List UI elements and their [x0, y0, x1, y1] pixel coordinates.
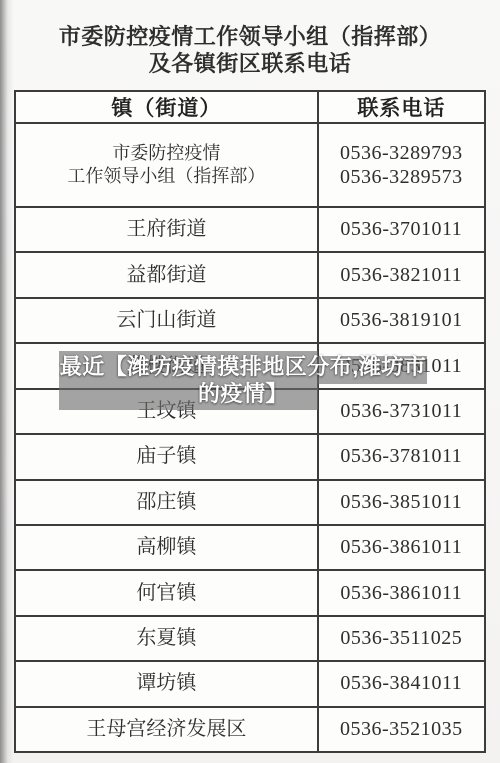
- phone-number: 0536-3781011: [319, 444, 484, 469]
- town-name: 邵庄镇: [16, 490, 317, 515]
- phone-cell: 0536-3851011: [318, 480, 485, 525]
- phone-number: 0536-3841011: [319, 671, 484, 696]
- phone-cell: 0536-3841011: [318, 661, 485, 706]
- table-row: 王府街道0536-3701011: [15, 207, 485, 252]
- town-cell: 东夏镇: [15, 616, 318, 661]
- table-row: 庙子镇0536-3781011: [15, 434, 485, 479]
- town-name: 王府街道: [16, 217, 317, 242]
- column-header-phone: 联系电话: [318, 91, 485, 123]
- phone-number: 0536-3521035: [319, 717, 484, 742]
- table-row: 东夏镇0536-3511025: [15, 616, 485, 661]
- phone-cell: 0536-3701011: [318, 207, 485, 252]
- phone-number: 0536-3701011: [319, 217, 484, 242]
- town-name: 谭坊镇: [16, 671, 317, 696]
- watermark-caption: 最近【潍坊疫情摸排地区分布,潍坊市 的疫情】: [59, 353, 427, 407]
- town-name: 高柳镇: [16, 535, 317, 560]
- phone-cell: 0536-3521035: [318, 707, 485, 752]
- table-row: 王母宫经济发展区0536-3521035: [15, 707, 485, 752]
- town-cell: 益都街道: [15, 252, 318, 297]
- table-row: 高柳镇0536-3861011: [15, 525, 485, 570]
- phone-number: 0536-3289573: [319, 165, 484, 189]
- phone-number: 0536-3861011: [319, 581, 484, 606]
- watermark-caption-line2: 的疫情】: [59, 380, 427, 407]
- table-row: 市委防控疫情工作领导小组（指挥部）0536-32897930536-328957…: [15, 123, 485, 207]
- table-row: 益都街道0536-3821011: [15, 252, 485, 297]
- table-row: 云门山街道0536-3819101: [15, 298, 485, 343]
- phone-cell: 0536-3861011: [318, 525, 485, 570]
- title-line1: 市委防控疫情工作领导小组（指挥部）: [0, 23, 500, 50]
- town-cell: 邵庄镇: [15, 480, 318, 525]
- phone-number: 0536-3511025: [319, 626, 484, 651]
- town-name: 东夏镇: [16, 626, 317, 651]
- phone-number: 0536-3851011: [319, 490, 484, 515]
- document-title: 市委防控疫情工作领导小组（指挥部） 及各镇街区联系电话: [0, 23, 500, 77]
- title-line2: 及各镇街区联系电话: [0, 50, 500, 77]
- town-name: 工作领导小组（指挥部）: [16, 165, 317, 188]
- phone-number: 0536-3289793: [319, 141, 484, 165]
- phone-cell: 0536-3511025: [318, 616, 485, 661]
- town-name: 益都街道: [16, 263, 317, 288]
- column-header-town: 镇（街道）: [15, 91, 318, 123]
- phone-number: 0536-3861011: [319, 535, 484, 560]
- watermark-caption-line1: 最近【潍坊疫情摸排地区分布,潍坊市: [59, 353, 427, 380]
- town-cell: 庙子镇: [15, 434, 318, 479]
- town-cell: 王府街道: [15, 207, 318, 252]
- town-cell: 王母宫经济发展区: [15, 707, 318, 752]
- phone-cell: 0536-3861011: [318, 570, 485, 615]
- table-row: 邵庄镇0536-3851011: [15, 480, 485, 525]
- town-cell: 何官镇: [15, 570, 318, 615]
- town-name: 何官镇: [16, 581, 317, 606]
- contact-table: 镇（街道） 联系电话 市委防控疫情工作领导小组（指挥部）0536-3289793…: [14, 90, 486, 753]
- town-name: 庙子镇: [16, 444, 317, 469]
- town-name: 云门山街道: [16, 308, 317, 333]
- town-name: 王母宫经济发展区: [16, 717, 317, 742]
- town-cell: 高柳镇: [15, 525, 318, 570]
- phone-number: 0536-3821011: [319, 263, 484, 288]
- phone-cell: 0536-32897930536-3289573: [318, 123, 485, 207]
- town-cell: 云门山街道: [15, 298, 318, 343]
- town-name: 市委防控疫情: [16, 142, 317, 165]
- document-photo: 市委防控疫情工作领导小组（指挥部） 及各镇街区联系电话 镇（街道） 联系电话 市…: [0, 0, 500, 763]
- phone-cell: 0536-3781011: [318, 434, 485, 479]
- phone-cell: 0536-3821011: [318, 252, 485, 297]
- table-header-row: 镇（街道） 联系电话: [15, 91, 485, 123]
- town-cell: 市委防控疫情工作领导小组（指挥部）: [15, 123, 318, 207]
- town-cell: 谭坊镇: [15, 661, 318, 706]
- table-row: 谭坊镇0536-3841011: [15, 661, 485, 706]
- page-edge-shadow: [0, 0, 14, 763]
- phone-cell: 0536-3819101: [318, 298, 485, 343]
- phone-number: 0536-3819101: [319, 308, 484, 333]
- table-row: 何官镇0536-3861011: [15, 570, 485, 615]
